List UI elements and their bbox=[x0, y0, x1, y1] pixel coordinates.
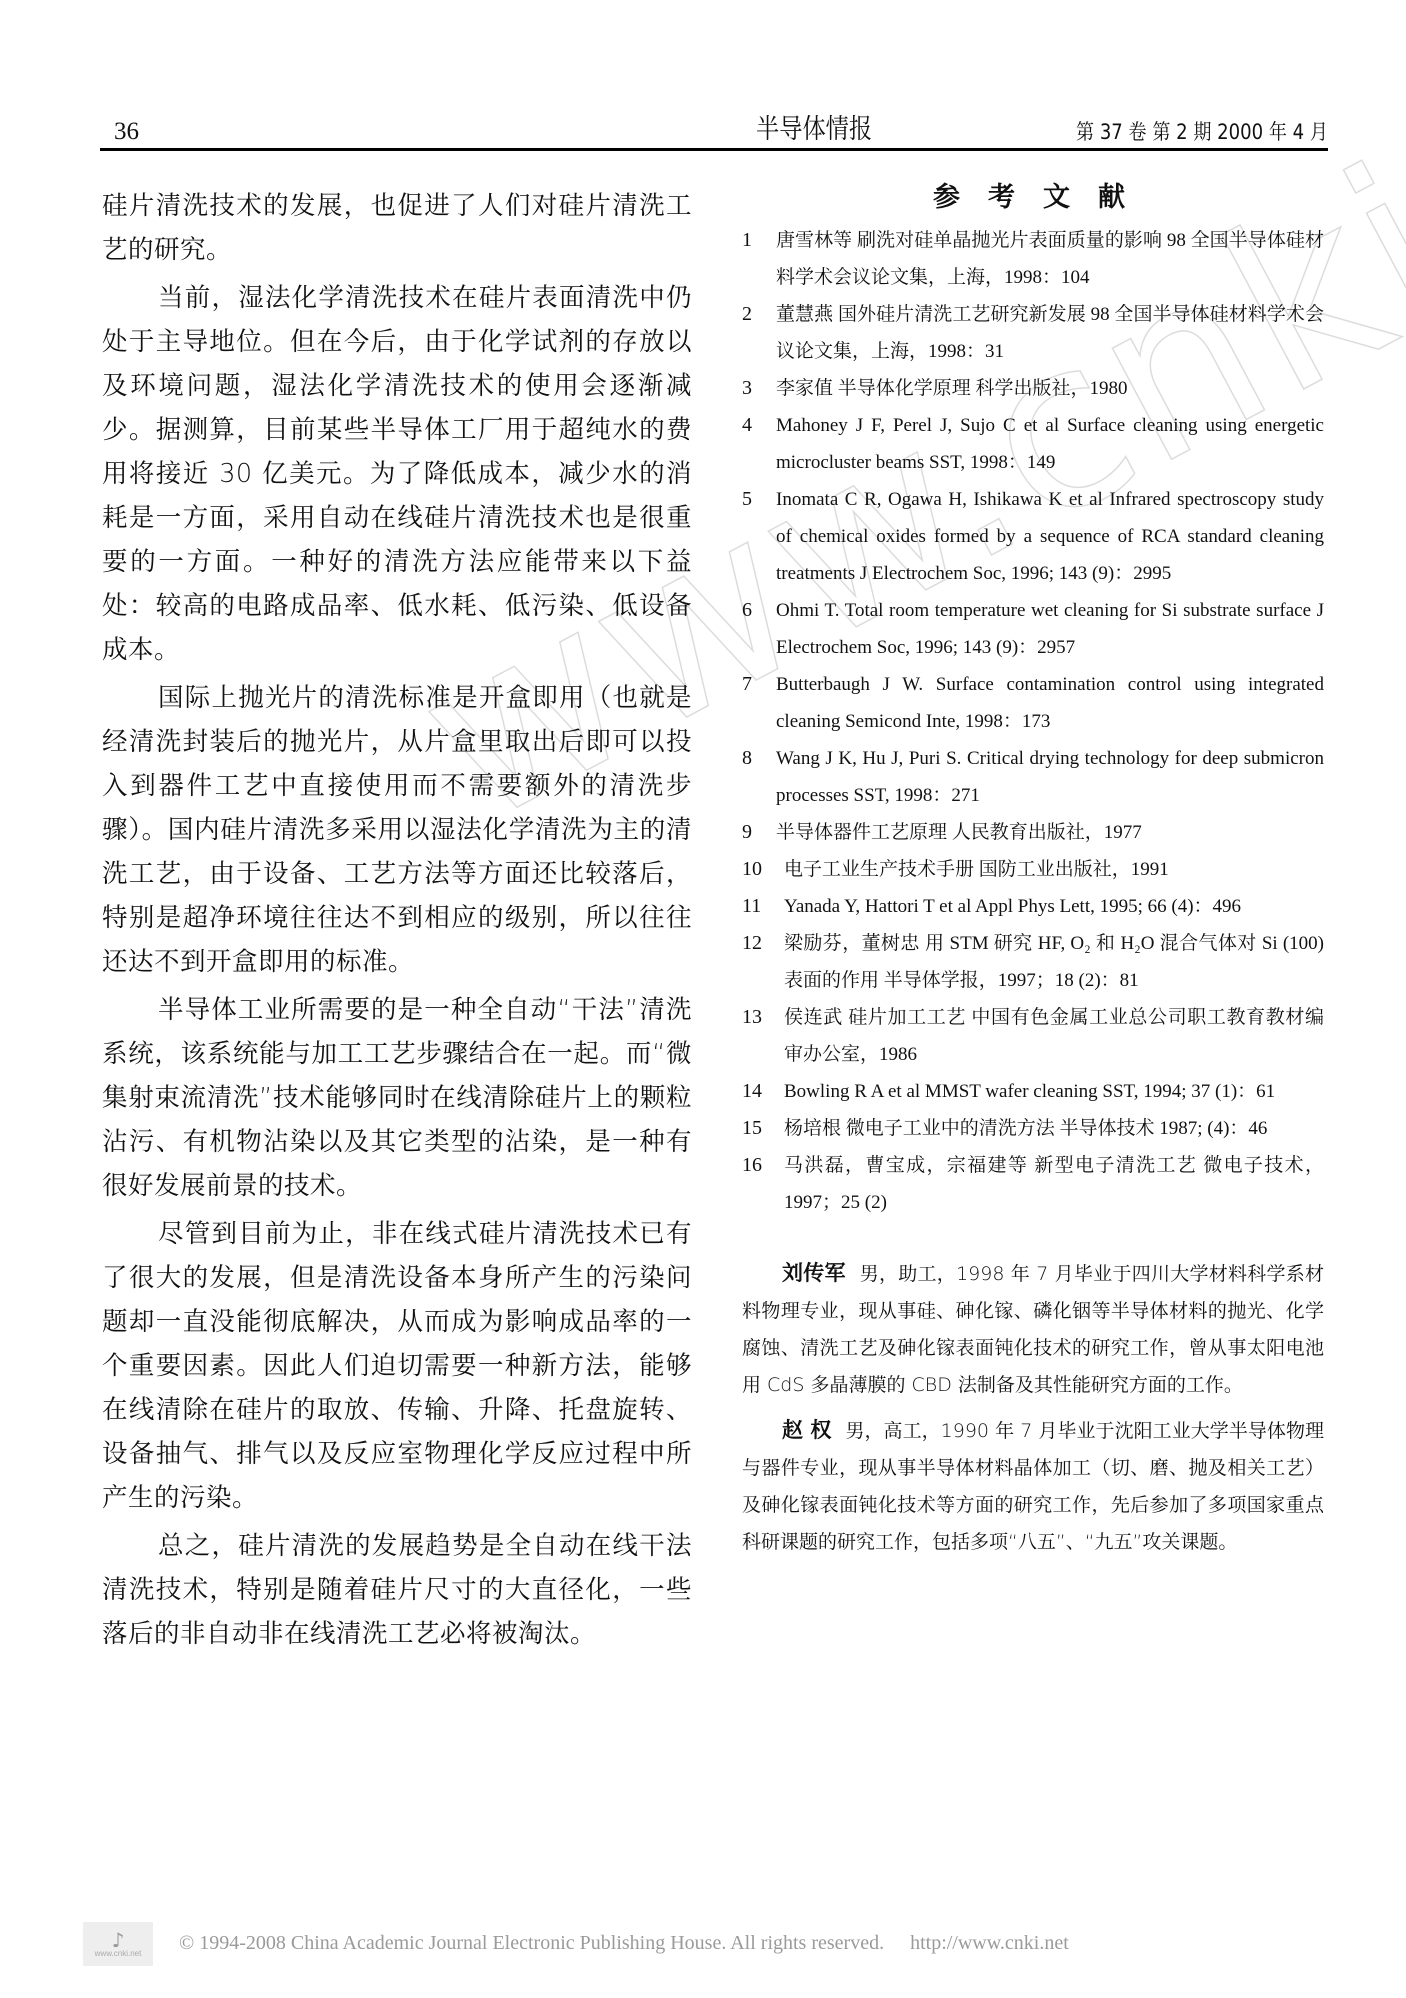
reference-item: 6Ohmi T. Total room temperature wet clea… bbox=[742, 592, 1324, 666]
reference-number: 5 bbox=[742, 481, 776, 592]
reference-text: Mahoney J F, Perel J, Sujo C et al Surfa… bbox=[776, 407, 1324, 481]
reference-number: 8 bbox=[742, 740, 776, 814]
reference-text: 李家值 半导体化学原理 科学出版社，1980 bbox=[776, 370, 1324, 407]
page-footer: ♪ www.cnki.net © 1994-2008 China Academi… bbox=[83, 1922, 1283, 1966]
reference-number: 13 bbox=[742, 999, 784, 1073]
reference-text: 梁励芬，董树忠 用 STM 研究 HF, O₂ 和 H₂O 混合气体对 Si (… bbox=[784, 925, 1324, 999]
paragraph: 当前，湿法化学清洗技术在硅片表面清洗中仍处于主导地位。但在今后，由于化学试剂的存… bbox=[102, 276, 692, 672]
reference-text: Inomata C R, Ogawa H, Ishikawa K et al I… bbox=[776, 481, 1324, 592]
reference-number: 2 bbox=[742, 296, 776, 370]
reference-item: 5Inomata C R, Ogawa H, Ishikawa K et al … bbox=[742, 481, 1324, 592]
reference-item: 14Bowling R A et al MMST wafer cleaning … bbox=[742, 1073, 1324, 1110]
reference-item: 16马洪磊，曹宝成，宗福建等 新型电子清洗工艺 微电子技术，1997；25 (2… bbox=[742, 1147, 1324, 1221]
reference-item: 9半导体器件工艺原理 人民教育出版社，1977 bbox=[742, 814, 1324, 851]
reference-item: 7Butterbaugh J W. Surface contamination … bbox=[742, 666, 1324, 740]
issue-info: 第 37 卷 第 2 期 2000 年 4 月 bbox=[1076, 116, 1328, 146]
reference-number: 10 bbox=[742, 851, 784, 888]
reference-text: 董慧燕 国外硅片清洗工艺研究新发展 98 全国半导体硅材料学术会议论文集，上海，… bbox=[776, 296, 1324, 370]
reference-text: Wang J K, Hu J, Puri S. Critical drying … bbox=[776, 740, 1324, 814]
reference-number: 16 bbox=[742, 1147, 784, 1221]
reference-text: Bowling R A et al MMST wafer cleaning SS… bbox=[784, 1073, 1324, 1110]
reference-text: 半导体器件工艺原理 人民教育出版社，1977 bbox=[776, 814, 1324, 851]
reference-list: 1唐雪林等 刷洗对硅单晶抛光片表面质量的影响 98 全国半导体硅材料学术会议论文… bbox=[742, 222, 1324, 1221]
cnki-logo[interactable]: ♪ www.cnki.net bbox=[83, 1922, 153, 1966]
reference-text: 电子工业生产技术手册 国防工业出版社，1991 bbox=[784, 851, 1324, 888]
reference-item: 8Wang J K, Hu J, Puri S. Critical drying… bbox=[742, 740, 1324, 814]
reference-item: 12梁励芬，董树忠 用 STM 研究 HF, O₂ 和 H₂O 混合气体对 Si… bbox=[742, 925, 1324, 999]
reference-item: 13侯连武 硅片加工工艺 中国有色金属工业总公司职工教育教材编审办公室，1986 bbox=[742, 999, 1324, 1073]
author-bio: 赵 权男，高工，1990 年 7 月毕业于沈阳工业大学半导体物理与器件专业，现从… bbox=[742, 1412, 1324, 1561]
reference-text: 杨培根 微电子工业中的清洗方法 半导体技术 1987; (4)：46 bbox=[784, 1110, 1324, 1147]
reference-text: 唐雪林等 刷洗对硅单晶抛光片表面质量的影响 98 全国半导体硅材料学术会议论文集… bbox=[776, 222, 1324, 296]
copyright-text: © 1994-2008 China Academic Journal Elect… bbox=[179, 1932, 884, 1954]
reference-text: 侯连武 硅片加工工艺 中国有色金属工业总公司职工教育教材编审办公室，1986 bbox=[784, 999, 1324, 1073]
reference-item: 11Yanada Y, Hattori T et al Appl Phys Le… bbox=[742, 888, 1324, 925]
author-name: 刘传军 bbox=[782, 1261, 846, 1285]
body-text-column: 硅片清洗技术的发展，也促进了人们对硅片清洗工艺的研究。 当前，湿法化学清洗技术在… bbox=[102, 184, 692, 1656]
cnki-logo-icon: ♪ bbox=[112, 1931, 125, 1949]
reference-item: 1唐雪林等 刷洗对硅单晶抛光片表面质量的影响 98 全国半导体硅材料学术会议论文… bbox=[742, 222, 1324, 296]
reference-text: Butterbaugh J W. Surface contamination c… bbox=[776, 666, 1324, 740]
reference-number: 7 bbox=[742, 666, 776, 740]
reference-number: 14 bbox=[742, 1073, 784, 1110]
reference-number: 4 bbox=[742, 407, 776, 481]
references-heading: 参考文献 bbox=[762, 180, 1324, 216]
reference-text: Ohmi T. Total room temperature wet clean… bbox=[776, 592, 1324, 666]
reference-number: 15 bbox=[742, 1110, 784, 1147]
reference-number: 6 bbox=[742, 592, 776, 666]
reference-item: 2董慧燕 国外硅片清洗工艺研究新发展 98 全国半导体硅材料学术会议论文集，上海… bbox=[742, 296, 1324, 370]
reference-item: 10电子工业生产技术手册 国防工业出版社，1991 bbox=[742, 851, 1324, 888]
footer-link[interactable]: http://www.cnki.net bbox=[910, 1932, 1069, 1954]
reference-number: 3 bbox=[742, 370, 776, 407]
reference-number: 1 bbox=[742, 222, 776, 296]
paragraph: 半导体工业所需要的是一种全自动“干法”清洗系统，该系统能与加工工艺步骤结合在一起… bbox=[102, 988, 692, 1208]
reference-text: Yanada Y, Hattori T et al Appl Phys Lett… bbox=[784, 888, 1324, 925]
page-number: 36 bbox=[114, 118, 139, 146]
reference-text: 马洪磊，曹宝成，宗福建等 新型电子清洗工艺 微电子技术，1997；25 (2) bbox=[784, 1147, 1324, 1221]
author-name: 赵 权 bbox=[782, 1418, 831, 1442]
reference-item: 3李家值 半导体化学原理 科学出版社，1980 bbox=[742, 370, 1324, 407]
author-bio: 刘传军男，助工，1998 年 7 月毕业于四川大学材料科学系材料物理专业，现从事… bbox=[742, 1255, 1324, 1404]
copyright-notice: © 1994-2008 China Academic Journal Elect… bbox=[179, 1932, 1069, 1955]
paragraph: 国际上抛光片的清洗标准是开盒即用（也就是经清洗封装后的抛光片，从片盒里取出后即可… bbox=[102, 676, 692, 984]
references-column: 参考文献 1唐雪林等 刷洗对硅单晶抛光片表面质量的影响 98 全国半导体硅材料学… bbox=[742, 180, 1324, 1561]
paragraph: 尽管到目前为止，非在线式硅片清洗技术已有了很大的发展，但是清洗设备本身所产生的污… bbox=[102, 1212, 692, 1520]
paragraph: 总之，硅片清洗的发展趋势是全自动在线干法清洗技术，特别是随着硅片尺寸的大直径化，… bbox=[102, 1524, 692, 1656]
paragraph: 硅片清洗技术的发展，也促进了人们对硅片清洗工艺的研究。 bbox=[102, 184, 692, 272]
cnki-logo-site: www.cnki.net bbox=[95, 1949, 142, 1958]
reference-number: 11 bbox=[742, 888, 784, 925]
page-header: 36 半导体情报 第 37 卷 第 2 期 2000 年 4 月 bbox=[100, 112, 1328, 151]
reference-number: 12 bbox=[742, 925, 784, 999]
reference-number: 9 bbox=[742, 814, 776, 851]
reference-item: 15杨培根 微电子工业中的清洗方法 半导体技术 1987; (4)：46 bbox=[742, 1110, 1324, 1147]
reference-item: 4Mahoney J F, Perel J, Sujo C et al Surf… bbox=[742, 407, 1324, 481]
journal-title: 半导体情报 bbox=[756, 107, 872, 146]
